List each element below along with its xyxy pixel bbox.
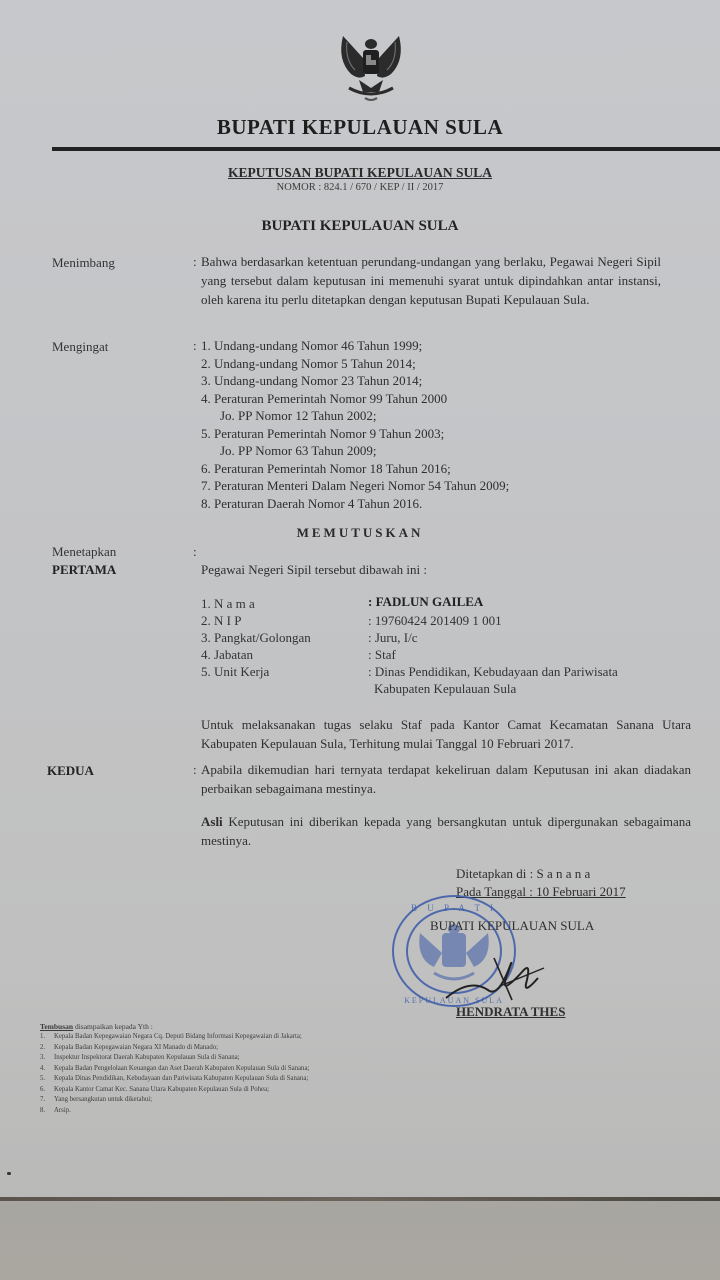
field-label-unit-kerja: 5. Unit Kerja <box>201 664 269 680</box>
mengingat-item: Jo. PP Nomor 63 Tahun 2009; <box>201 442 509 460</box>
svg-text:B U P A T I: B U P A T I <box>411 903 497 913</box>
asli-bold: Asli <box>201 814 223 829</box>
mengingat-item: Jo. PP Nomor 12 Tahun 2002; <box>201 407 509 425</box>
letterhead-title: BUPATI KEPULAUAN SULA <box>0 115 720 140</box>
field-value-nama: : FADLUN GAILEA <box>368 594 483 610</box>
field-value-jabatan: : Staf <box>368 647 396 663</box>
mengingat-item: 1. Undang-undang Nomor 46 Tahun 1999; <box>201 337 509 355</box>
tembusan-item: 5.Kepala Dinas Pendidikan, Kebudayaan da… <box>40 1074 309 1085</box>
assignment-text: Untuk melaksanakan tugas selaku Staf pad… <box>201 715 691 753</box>
menimbang-label: Menimbang <box>52 255 115 271</box>
mengingat-item: 7. Peraturan Menteri Dalam Negeri Nomor … <box>201 477 509 495</box>
menimbang-text: Bahwa berdasarkan ketentuan perundang-un… <box>201 252 661 309</box>
field-value-unit-kerja-line2: Kabupaten Kepulauan Sula <box>374 681 516 697</box>
decree-number: NOMOR : 824.1 / 670 / KEP / II / 2017 <box>0 182 720 193</box>
mengingat-item: 4. Peraturan Pemerintah Nomor 99 Tahun 2… <box>201 390 509 408</box>
tembusan-item: 8.Arsip. <box>40 1106 309 1117</box>
menimbang-colon: : <box>193 254 197 270</box>
field-value-nip: : 19760424 201409 1 001 <box>368 613 502 629</box>
garuda-emblem-icon <box>333 30 409 106</box>
tembusan-item: 6.Kepala Kantor Camat Kec. Sanana Utara … <box>40 1085 309 1096</box>
kedua-colon: : <box>193 762 197 778</box>
mengingat-item: 6. Peraturan Pemerintah Nomor 18 Tahun 2… <box>201 460 509 478</box>
tembusan-item: 7.Yang bersangkutan untuk diketahui; <box>40 1095 309 1106</box>
field-label-nip: 2. N I P <box>201 613 241 629</box>
tembusan-rest: disampaikan kepada Yth : <box>73 1022 153 1031</box>
handwritten-signature-icon <box>440 938 550 1010</box>
field-label-pangkat: 3. Pangkat/Golongan <box>201 630 311 646</box>
table-surface <box>0 1201 720 1280</box>
signatory-name: HENDRATA THES <box>456 1004 565 1020</box>
tembusan-item: 2.Kepala Badan Kepegawaian Negara XI Man… <box>40 1043 309 1054</box>
kedua-text: Apabila dikemudian hari ternyata terdapa… <box>201 760 691 798</box>
field-value-pangkat: : Juru, I/c <box>368 630 417 646</box>
tembusan-item: 1.Kepala Badan Kepegawaian Negara Cq. De… <box>40 1032 309 1043</box>
asli-text: Keputusan ini diberikan kepada yang bers… <box>201 814 691 848</box>
kedua-label: KEDUA <box>47 763 94 779</box>
asli-paragraph: Asli Keputusan ini diberikan kepada yang… <box>201 812 691 850</box>
letterhead-rule <box>52 147 720 151</box>
pertama-intro: Pegawai Negeri Sipil tersebut dibawah in… <box>201 560 427 579</box>
menetapkan-label: Menetapkan <box>52 544 116 560</box>
menetapkan-colon: : <box>193 544 197 560</box>
issuer-heading: BUPATI KEPULAUAN SULA <box>0 218 720 235</box>
mengingat-item: 3. Undang-undang Nomor 23 Tahun 2014; <box>201 372 509 390</box>
field-value-unit-kerja: : Dinas Pendidikan, Kebudayaan dan Pariw… <box>368 664 693 680</box>
mengingat-colon: : <box>193 338 197 354</box>
signature-place: Ditetapkan di : S a n a n a <box>456 866 590 882</box>
paper-speck <box>7 1172 11 1175</box>
pertama-label: PERTAMA <box>52 562 116 578</box>
mengingat-item: 8. Peraturan Daerah Nomor 4 Tahun 2016. <box>201 495 509 513</box>
tembusan-bold: Tembusan <box>40 1022 73 1031</box>
mengingat-item: 5. Peraturan Pemerintah Nomor 9 Tahun 20… <box>201 425 509 443</box>
memutuskan-heading: MEMUTUSKAN <box>0 525 720 541</box>
mengingat-item: 2. Undang-undang Nomor 5 Tahun 2014; <box>201 355 509 373</box>
field-label-nama: 1. N a m a <box>201 596 255 612</box>
tembusan-item: 3.Inspektur Inspektorat Daerah Kabupaten… <box>40 1053 309 1064</box>
tembusan-heading: Tembusan disampaikan kepada Yth : <box>40 1022 153 1031</box>
signature-office: BUPATI KEPULAUAN SULA <box>430 918 594 934</box>
tembusan-item: 4.Kepala Badan Pengelolaan Keuangan dan … <box>40 1064 309 1075</box>
field-label-jabatan: 4. Jabatan <box>201 647 253 663</box>
mengingat-label: Mengingat <box>52 339 108 355</box>
decree-title: KEPUTUSAN BUPATI KEPULAUAN SULA <box>0 165 720 181</box>
mengingat-list: 1. Undang-undang Nomor 46 Tahun 1999; 2.… <box>201 337 509 512</box>
tembusan-list: 1.Kepala Badan Kepegawaian Negara Cq. De… <box>40 1032 309 1116</box>
